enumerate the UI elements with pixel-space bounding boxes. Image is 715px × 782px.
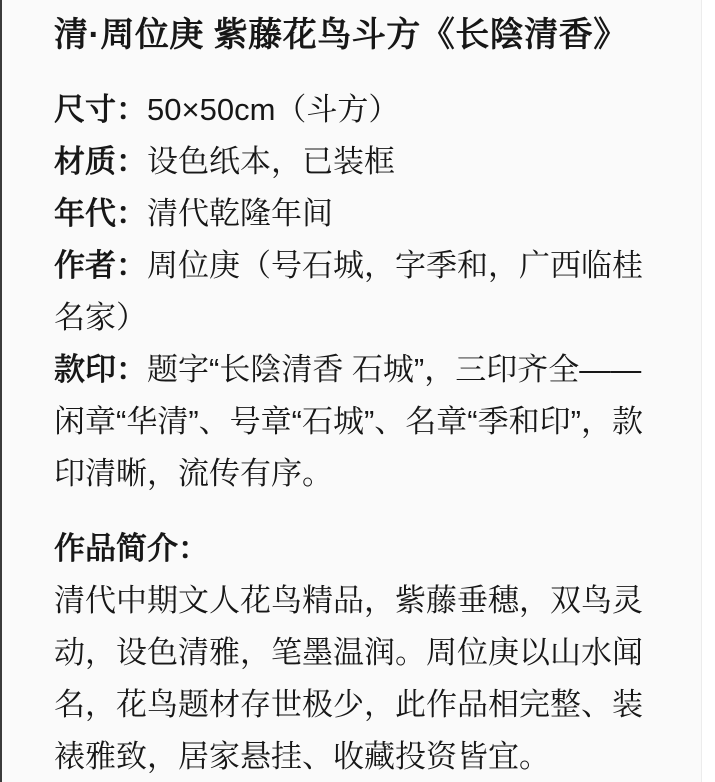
detail-row-author: 作者：周位庚（号石城，字季和，广西临桂名家） bbox=[54, 240, 663, 344]
detail-row-seals: 款印：题字“长陰清香 石城”，三印齐全——闲章“华清”、号章“石城”、名章“季和… bbox=[54, 344, 663, 500]
detail-value-material: 设色纸本，已装框 bbox=[147, 144, 395, 179]
detail-label-material: 材质： bbox=[54, 144, 147, 179]
detail-label-era: 年代： bbox=[54, 196, 147, 231]
artwork-description-panel: 清·周位庚 紫藤花鸟斗方《长陰清香》 尺寸：50×50cm（斗方） 材质：设色纸… bbox=[0, 0, 702, 782]
detail-row-size: 尺寸：50×50cm（斗方） bbox=[54, 84, 663, 136]
detail-row-material: 材质：设色纸本，已装框 bbox=[54, 136, 663, 188]
detail-row-era: 年代：清代乾隆年间 bbox=[54, 188, 663, 240]
artwork-details-list: 尺寸：50×50cm（斗方） 材质：设色纸本，已装框 年代：清代乾隆年间 作者：… bbox=[54, 84, 663, 500]
detail-value-era: 清代乾隆年间 bbox=[147, 196, 333, 231]
detail-label-author: 作者： bbox=[54, 248, 147, 283]
intro-body: 清代中期文人花鸟精品，紫藤垂穗，双鸟灵动，设色清雅，笔墨温润。周位庚以山水闻名，… bbox=[54, 575, 663, 782]
detail-label-seals: 款印： bbox=[54, 352, 147, 387]
intro-heading: 作品简介： bbox=[54, 523, 663, 575]
page-title: 清·周位庚 紫藤花鸟斗方《长陰清香》 bbox=[54, 12, 663, 58]
detail-value-size: 50×50cm（斗方） bbox=[147, 92, 399, 127]
detail-label-size: 尺寸： bbox=[54, 92, 147, 127]
